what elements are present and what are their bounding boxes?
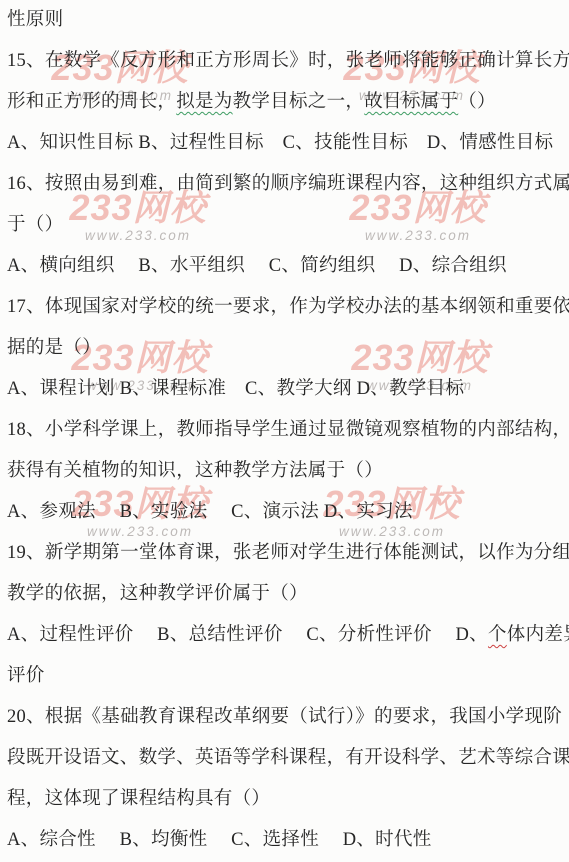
text-line-7: 17、体现国家对学校的统一要求，作为学校办法的基本纲领和重要依 — [7, 287, 569, 328]
text-line-3: A、知识性目标 B、过程性目标 C、技能性目标 D、情感性目标 — [7, 123, 569, 164]
text-line-2: 形和正方形的周长，拟是为教学目标之一，故目标属于（） — [7, 82, 569, 123]
text-segment: A、横向组织 B、水平组织 C、简约组织 D、综合组织 — [7, 256, 507, 276]
text-line-8: 据的是（） — [7, 328, 569, 369]
text-segment: 体内差异 — [507, 625, 569, 645]
text-line-19: 程，这体现了课程结构具有（） — [7, 779, 569, 820]
text-segment: （） — [458, 92, 496, 112]
text-segment: 评价 — [7, 666, 45, 686]
text-segment: 于（） — [7, 215, 63, 235]
text-segment: 教学目标之一， — [233, 92, 365, 112]
text-line-15: A、过程性评价 B、总结性评价 C、分析性评价 D、个体内差异 — [7, 615, 569, 656]
text-line-0: 性原则 — [7, 0, 569, 41]
text-line-13: 19、新学期第一堂体育课，张老师对学生进行体能测试，以作为分组 — [7, 533, 569, 574]
text-segment: 教学的依据，这种教学评价属于（） — [7, 584, 308, 604]
text-line-6: A、横向组织 B、水平组织 C、简约组织 D、综合组织 — [7, 246, 569, 287]
text-line-12: A、参观法 B、实验法 C、演示法 D、实习法 — [7, 492, 569, 533]
text-line-9: A、课程计划 B、课程标准 C、教学大纲 D、教学目标 — [7, 369, 569, 410]
text-segment: 获得有关植物的知识，这种教学方法属于（） — [7, 461, 383, 481]
text-line-1: 15、在数学《反方形和正方形周长》时，张老师将能够正确计算长方 — [7, 41, 569, 82]
text-line-4: 16、按照由易到难，由简到繁的顺序编班课程内容，这种组织方式属 — [7, 164, 569, 205]
text-line-11: 获得有关植物的知识，这种教学方法属于（） — [7, 451, 569, 492]
text-line-16: 评价 — [7, 656, 569, 697]
text-segment: A、课程计划 B、课程标准 C、教学大纲 D、教学目标 — [7, 379, 464, 399]
document-page: 233网校www.233.com233网校www.233.com233网校www… — [0, 0, 569, 862]
text-segment: 17、体现国家对学校的统一要求，作为学校办法的基本纲领和重要依 — [7, 297, 569, 317]
text-segment: A、参观法 B、实验法 C、演示法 D、实习法 — [7, 502, 413, 522]
text-segment: 20、根据《基础教育课程改革纲要（试行）》的要求，我国小学现阶 — [7, 707, 562, 727]
text-segment: 形和正方形的周长， — [7, 92, 176, 112]
text-line-5: 于（） — [7, 205, 569, 246]
text-line-20: A、综合性 B、均衡性 C、选择性 D、时代性 — [7, 820, 569, 861]
text-segment: A、综合性 B、均衡性 C、选择性 D、时代性 — [7, 830, 432, 850]
misspell-underline-red: 个 — [488, 625, 507, 645]
text-segment: 18、小学科学课上，教师指导学生通过显微镜观察植物的内部结构， — [7, 420, 569, 440]
question-text-block: 性原则15、在数学《反方形和正方形周长》时，张老师将能够正确计算长方形和正方形的… — [0, 0, 569, 861]
text-segment: 据的是（） — [7, 338, 101, 358]
text-segment: 19、新学期第一堂体育课，张老师对学生进行体能测试，以作为分组 — [7, 543, 569, 563]
text-line-10: 18、小学科学课上，教师指导学生通过显微镜观察植物的内部结构， — [7, 410, 569, 451]
misspell-underline-green: 故目标属于 — [364, 92, 458, 112]
text-segment: A、知识性目标 B、过程性目标 C、技能性目标 D、情感性目标 — [7, 133, 553, 153]
text-line-18: 段既开设语文、数学、英语等学科课程，有开设科学、艺术等综合课 — [7, 738, 569, 779]
text-segment: 16、按照由易到难，由简到繁的顺序编班课程内容，这种组织方式属 — [7, 174, 569, 194]
text-segment: 15、在数学《反方形和正方形周长》时，张老师将能够正确计算长方 — [7, 51, 569, 71]
text-segment: A、过程性评价 B、总结性评价 C、分析性评价 D、 — [7, 625, 488, 645]
text-segment: 性原则 — [7, 10, 63, 30]
text-segment: 段既开设语文、数学、英语等学科课程，有开设科学、艺术等综合课 — [7, 748, 569, 768]
text-line-17: 20、根据《基础教育课程改革纲要（试行）》的要求，我国小学现阶 — [7, 697, 569, 738]
text-line-14: 教学的依据，这种教学评价属于（） — [7, 574, 569, 615]
misspell-underline-green: 拟是为 — [176, 92, 232, 112]
text-segment: 程，这体现了课程结构具有（） — [7, 789, 270, 809]
